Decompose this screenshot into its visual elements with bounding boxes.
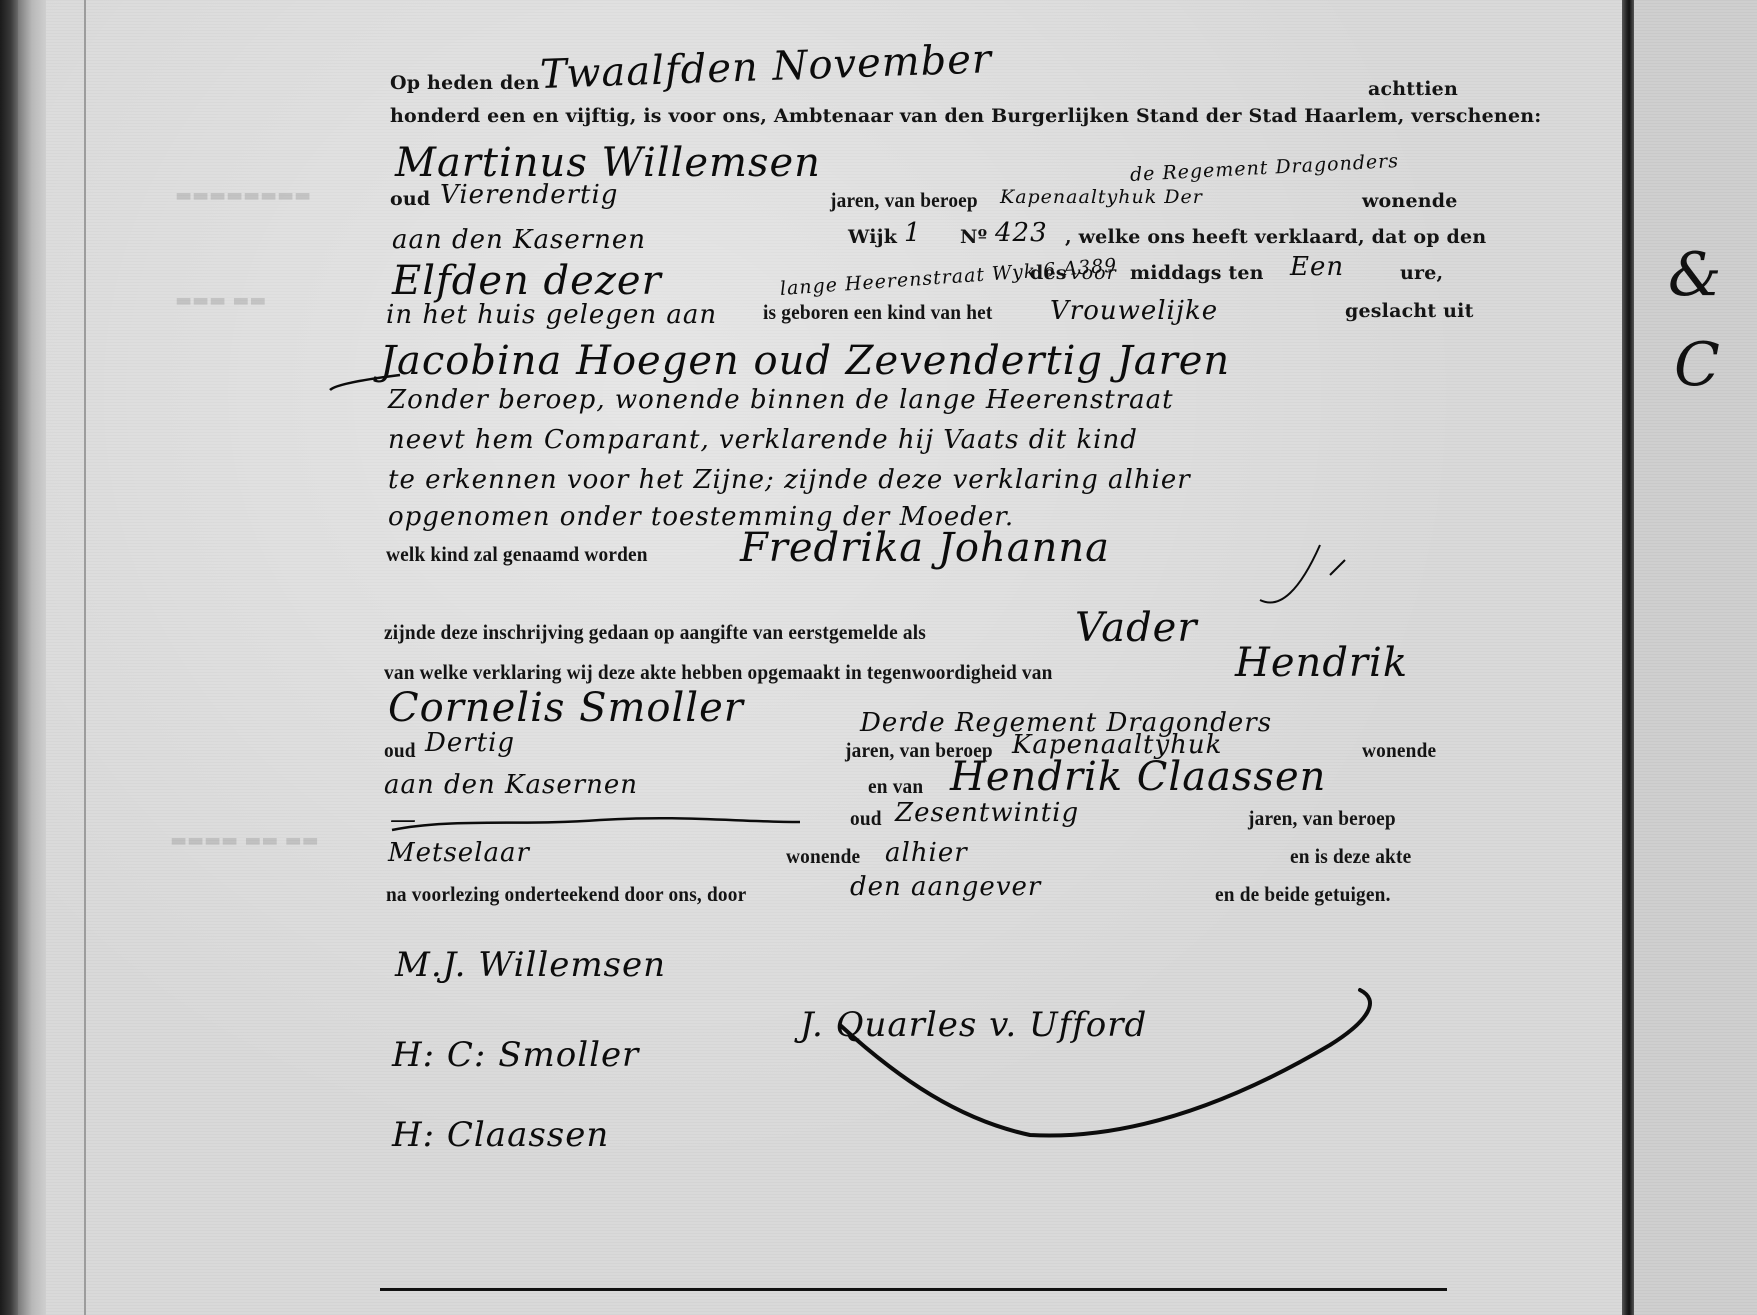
printed-oud-2: oud — [384, 738, 416, 763]
printed-oud-3: oud — [850, 806, 882, 831]
printed-achttien: achttien — [1368, 78, 1458, 100]
handwritten-hour: Een — [1290, 252, 1344, 282]
facing-page-glyph: C — [1674, 330, 1720, 400]
signature-witness2: H: Claassen — [392, 1115, 609, 1155]
handwritten-line4: te erkennen voor het Zijne; zijnde deze … — [388, 465, 1191, 495]
printed-na-voorlezing: na voorlezing onderteekend door ons, doo… — [386, 882, 746, 907]
handwritten-declarant-occupation: Kapenaaltyhuk Der — [1000, 186, 1203, 208]
handwritten-capacity: Vader — [1075, 605, 1197, 651]
handwritten-birth-address: lange Heerenstraat Wyk 6 A389 — [779, 254, 1118, 300]
printed-welk-kind: welk kind zal genaamd worden — [386, 542, 648, 567]
printed-geboren: is geboren een kind van het — [763, 300, 993, 325]
handwritten-witness2-dash: — — [390, 805, 417, 835]
printed-wijk: Wijk — [848, 226, 897, 248]
signature-declarant: M.J. Willemsen — [395, 945, 666, 985]
printed-en-van: en van — [868, 774, 923, 799]
printed-nr: Nº — [960, 226, 987, 248]
signature-official: J. Quarles v. Ufford — [800, 1005, 1147, 1045]
handwritten-house-number: 423 — [995, 218, 1048, 248]
handwritten-signed-by: den aangever — [850, 872, 1041, 902]
bleed-through-text: ▬▬▬ ▬▬ — [175, 290, 266, 311]
printed-jaren-beroep: jaren, van beroep — [830, 188, 978, 213]
printed-en-is: en is deze akte — [1290, 844, 1411, 869]
margin-rule — [84, 0, 86, 1315]
handwritten-declarant-residence: aan den Kasernen — [392, 225, 646, 255]
bleed-through-text: ▬▬▬▬ ▬▬ ▬▬ — [170, 830, 319, 851]
handwritten-house-note: in het huis gelegen aan — [386, 300, 717, 330]
printed-wonende-2: wonende — [1362, 738, 1436, 763]
handwritten-mother-residence: Zonder beroep, wonende binnen de lange H… — [388, 385, 1174, 415]
printed-honderd-line: honderd een en vijftig, is voor ons, Amb… — [390, 105, 1541, 127]
printed-jaren-beroep-3: jaren, van beroep — [1248, 806, 1396, 831]
handwritten-witness2-name: Hendrik Claassen — [950, 754, 1326, 800]
handwritten-date: Twaalfden November — [539, 36, 993, 98]
handwritten-child-name: Fredrika Johanna — [740, 525, 1110, 571]
handwritten-witness1-age: Dertig — [425, 728, 515, 758]
facing-page-fragment: & C — [1634, 0, 1757, 1315]
handwritten-witness1-name: Cornelis Smoller — [388, 685, 744, 731]
printed-en-de-beide: en de beide getuigen. — [1215, 882, 1391, 907]
handwritten-witness2-residence: alhier — [885, 838, 968, 868]
handwritten-witness1-first: Hendrik — [1235, 640, 1408, 686]
handwritten-declarant-age: Vierendertig — [440, 180, 618, 210]
printed-welke-verklaard: , welke ons heeft verklaard, dat op den — [1065, 226, 1486, 248]
printed-op-heden: Op heden den — [390, 72, 540, 94]
signature-witness1: H: C: Smoller — [392, 1035, 639, 1075]
handwritten-birth-day: Elfden dezer — [392, 258, 662, 304]
printed-wonende-3: wonende — [786, 844, 860, 869]
book-gutter — [1622, 0, 1634, 1315]
handwritten-witness1-residence: aan den Kasernen — [384, 770, 638, 800]
printed-zijnde: zijnde deze inschrijving gedaan op aangi… — [384, 620, 926, 645]
printed-geslacht-uit: geslacht uit — [1345, 300, 1474, 322]
printed-oud: oud — [390, 188, 430, 210]
printed-middags-ten: middags ten — [1130, 262, 1264, 284]
handwritten-declarant-regiment: de Regement Dragonders — [1129, 150, 1399, 186]
handwritten-sex: Vrouwelijke — [1050, 296, 1218, 326]
book-binding — [0, 0, 18, 1315]
entry-separator-rule — [380, 1288, 1447, 1291]
handwritten-mother: Jacobina Hoegen oud Zevendertig Jaren — [380, 338, 1230, 384]
printed-van-welke: van welke verklaring wij deze akte hebbe… — [384, 660, 1053, 685]
page-edge — [18, 0, 46, 1315]
printed-wonende: wonende — [1362, 190, 1458, 212]
handwritten-line3: neevt hem Comparant, verklarende hij Vaa… — [388, 425, 1138, 455]
printed-ure: ure, — [1400, 262, 1443, 284]
handwritten-witness2-occupation: Metselaar — [388, 838, 530, 868]
handwritten-witness2-age: Zesentwintig — [895, 798, 1079, 828]
bleed-through-text: ▬▬▬▬▬▬▬▬ — [175, 185, 311, 206]
register-page: ▬▬▬▬▬▬▬▬ ▬▬▬ ▬▬ ▬▬▬▬ ▬▬ ▬▬ Op heden den … — [0, 0, 1625, 1315]
facing-page-glyph: & — [1668, 240, 1721, 310]
handwritten-wijk-number: 1 — [904, 218, 922, 248]
